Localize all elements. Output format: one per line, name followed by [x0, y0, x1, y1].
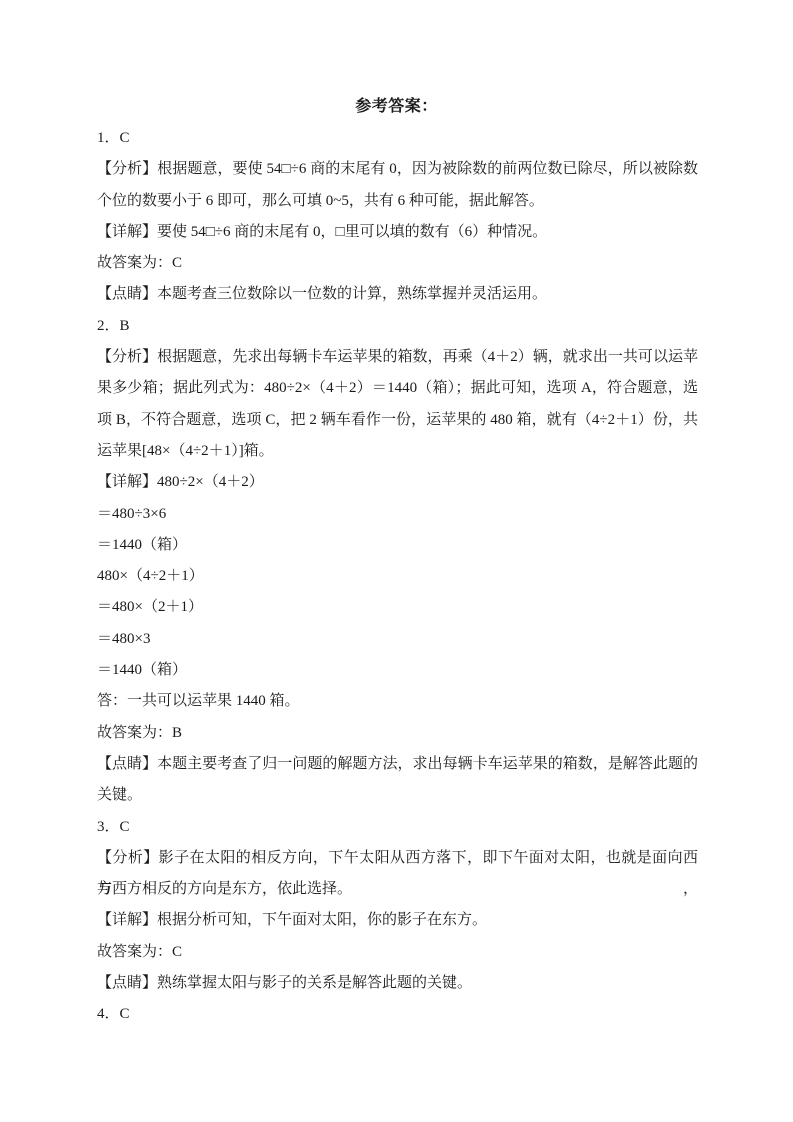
text-line: 【详解】480÷2×（4＋2） [97, 467, 698, 498]
text-line: 关键。 [97, 780, 698, 811]
text-line: 【点睛】熟练掌握太阳与影子的关系是解答此题的关键。 [97, 968, 698, 999]
answer-line: 1．C [97, 123, 698, 154]
equation-line: ＝480×（2＋1） [97, 592, 698, 623]
answer-line: 3．C [97, 812, 698, 843]
text-line: 【详解】要使 54□÷6 商的末尾有 0，□里可以填的数有（6）种情况。 [97, 217, 698, 248]
document-page: 参考答案： 1．C【分析】根据题意，要使 54□÷6 商的末尾有 0，因为被除数… [0, 0, 793, 1122]
text-line: 运苹果[48×（4÷2＋1）]箱。 [97, 436, 698, 467]
text-line: 【分析】影子在太阳的相反方向，下午太阳从西方落下，即下午面对太阳，也就是面向西方… [97, 843, 698, 874]
equation-line: ＝480×3 [97, 624, 698, 655]
text-line: 故答案为：C [97, 937, 698, 968]
equation-line: ＝1440（箱） [97, 655, 698, 686]
text-line: 个位的数要小于 6 即可，那么可填 0~5，共有 6 种可能，据此解答。 [97, 186, 698, 217]
text-line: 【分析】根据题意，先求出每辆卡车运苹果的箱数，再乘（4＋2）辆，就求出一共可以运… [97, 342, 698, 373]
text-line: 故答案为：C [97, 248, 698, 279]
text-line: 果多少箱；据此列式为：480÷2×（4＋2）＝1440（箱）；据此可知，选项 A… [97, 373, 698, 404]
text-line: 【分析】根据题意，要使 54□÷6 商的末尾有 0，因为被除数的前两位数已除尽，… [97, 154, 698, 185]
text-line: 答：一共可以运苹果 1440 箱。 [97, 686, 698, 717]
text-line: 【点睛】本题考查三位数除以一位数的计算，熟练掌握并灵活运用。 [97, 279, 698, 310]
document-body: 1．C【分析】根据题意，要使 54□÷6 商的末尾有 0，因为被除数的前两位数已… [97, 123, 698, 1031]
text-line: 【详解】根据分析可知，下午面对太阳，你的影子在东方。 [97, 905, 698, 936]
answer-line: 4．C [97, 999, 698, 1030]
page-title: 参考答案： [0, 93, 793, 116]
equation-line: 480×（4÷2＋1） [97, 561, 698, 592]
equation-line: ＝480÷3×6 [97, 499, 698, 530]
text-line: 【点睛】本题主要考查了归一问题的解题方法，求出每辆卡车运苹果的箱数，是解答此题的 [97, 749, 698, 780]
text-line: 项 B，不符合题意，选项 C，把 2 辆车看作一份，运苹果的 480 箱，就有（… [97, 405, 698, 436]
answer-line: 2．B [97, 311, 698, 342]
equation-line: ＝1440（箱） [97, 530, 698, 561]
text-line: 故答案为：B [97, 718, 698, 749]
